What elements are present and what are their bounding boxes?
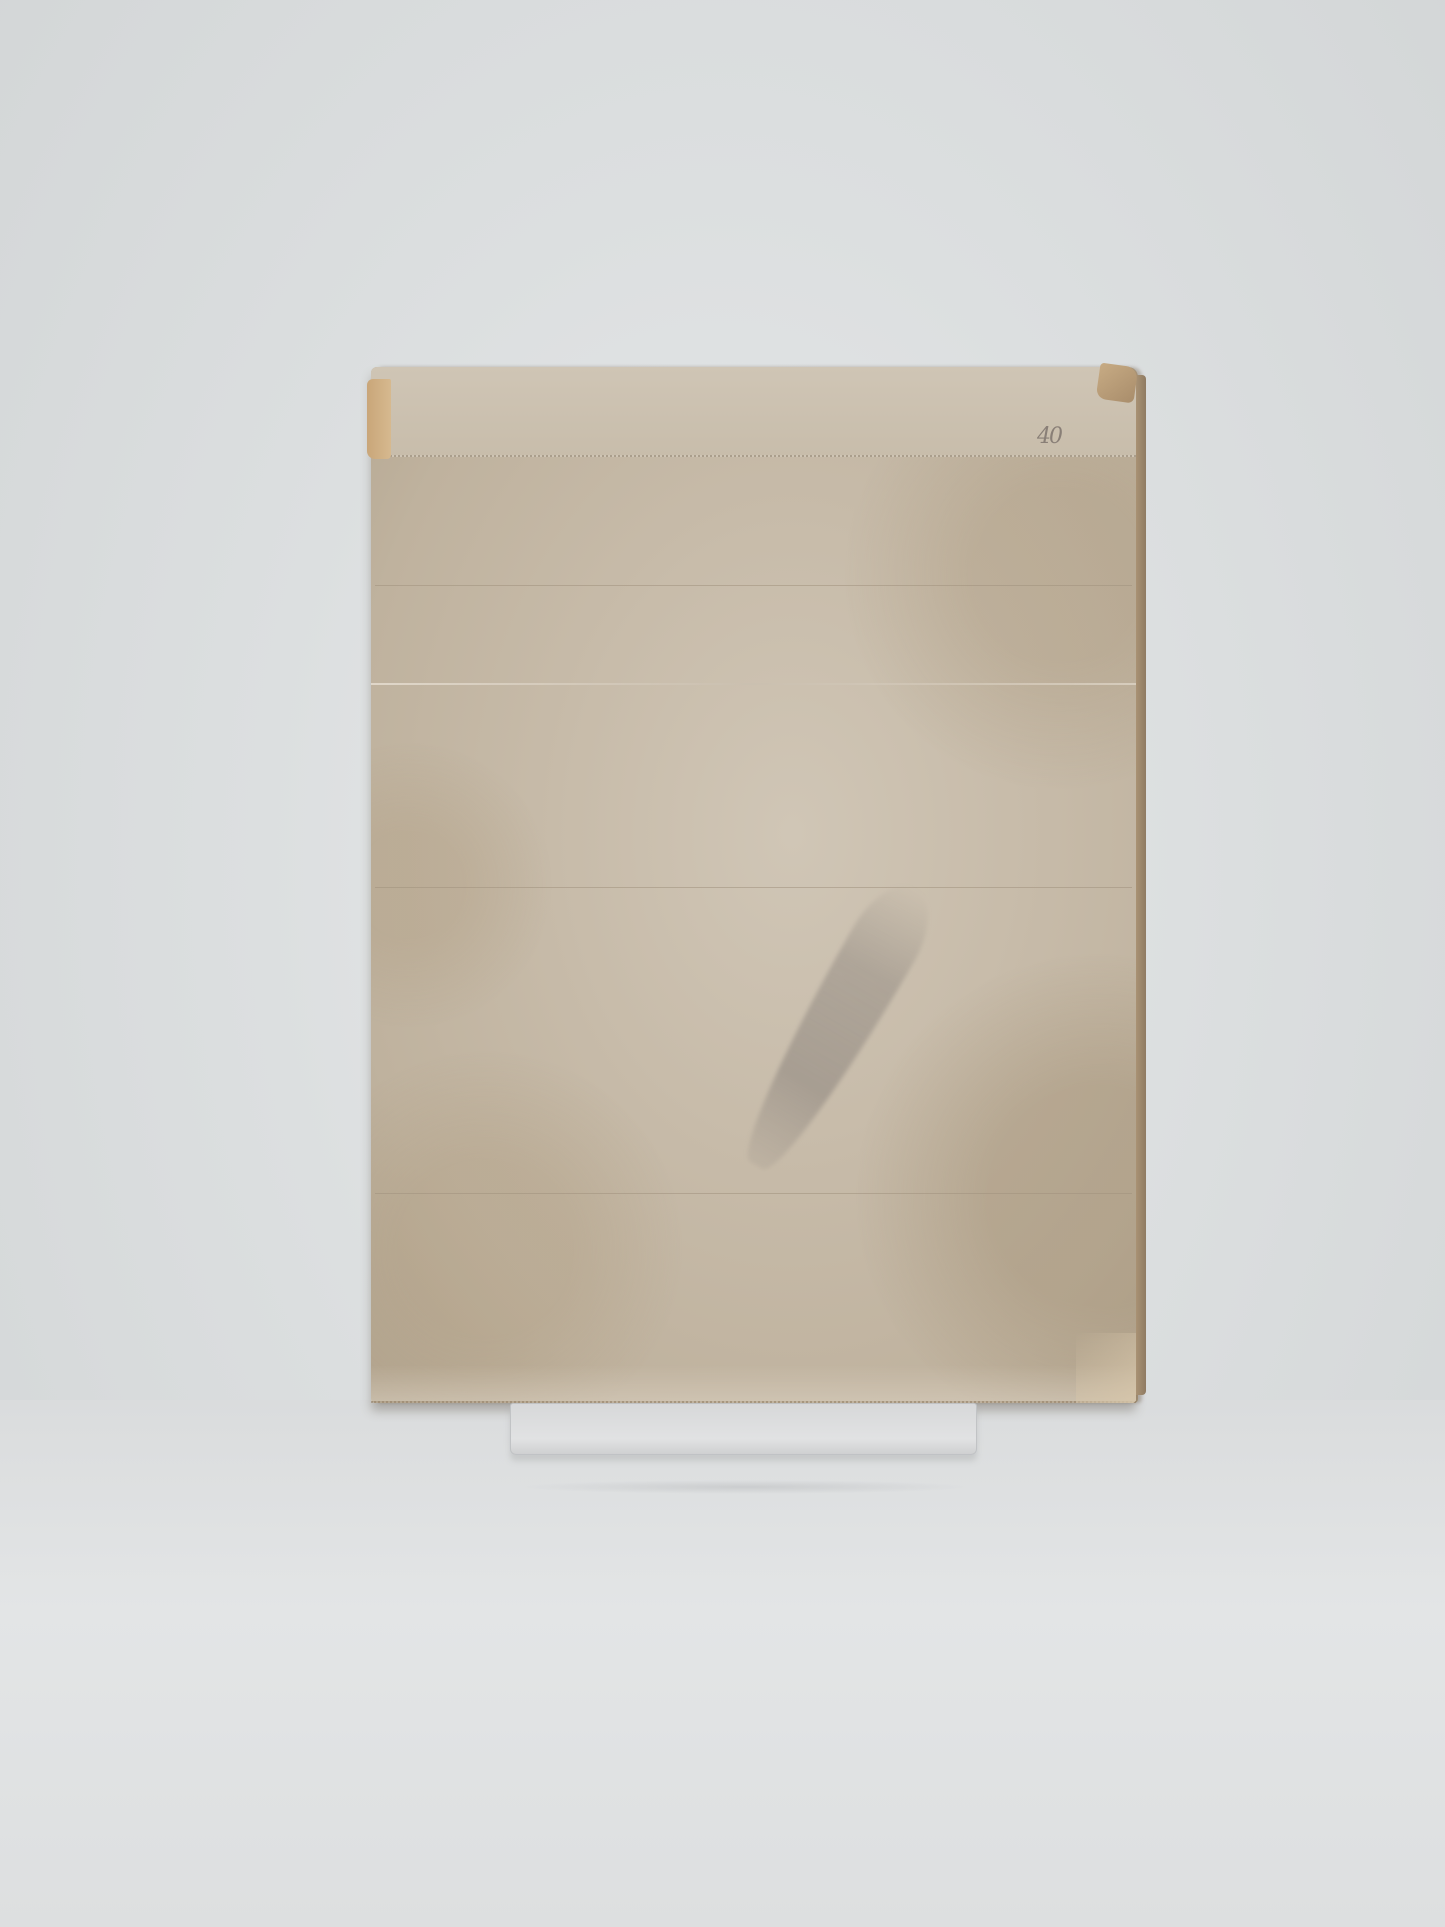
rule-line	[375, 887, 1132, 888]
top-right-folded-corner	[1096, 363, 1139, 404]
book-back-cover: 40	[371, 367, 1136, 1403]
torn-top-strip	[371, 367, 1136, 457]
worn-bottom-edge	[371, 1365, 1136, 1403]
bottom-right-corner-wear	[1076, 1333, 1136, 1403]
crease-line	[371, 683, 1136, 685]
pencil-mark: 40	[1037, 424, 1061, 449]
acrylic-stand	[510, 1403, 977, 1455]
rule-line	[375, 585, 1132, 586]
top-left-tab-remnant	[367, 379, 391, 459]
rule-line	[375, 1193, 1132, 1194]
cover-foxing-stains	[371, 367, 1136, 1403]
stand-shadow	[520, 1480, 970, 1494]
book-spine-edge	[1136, 375, 1146, 1395]
